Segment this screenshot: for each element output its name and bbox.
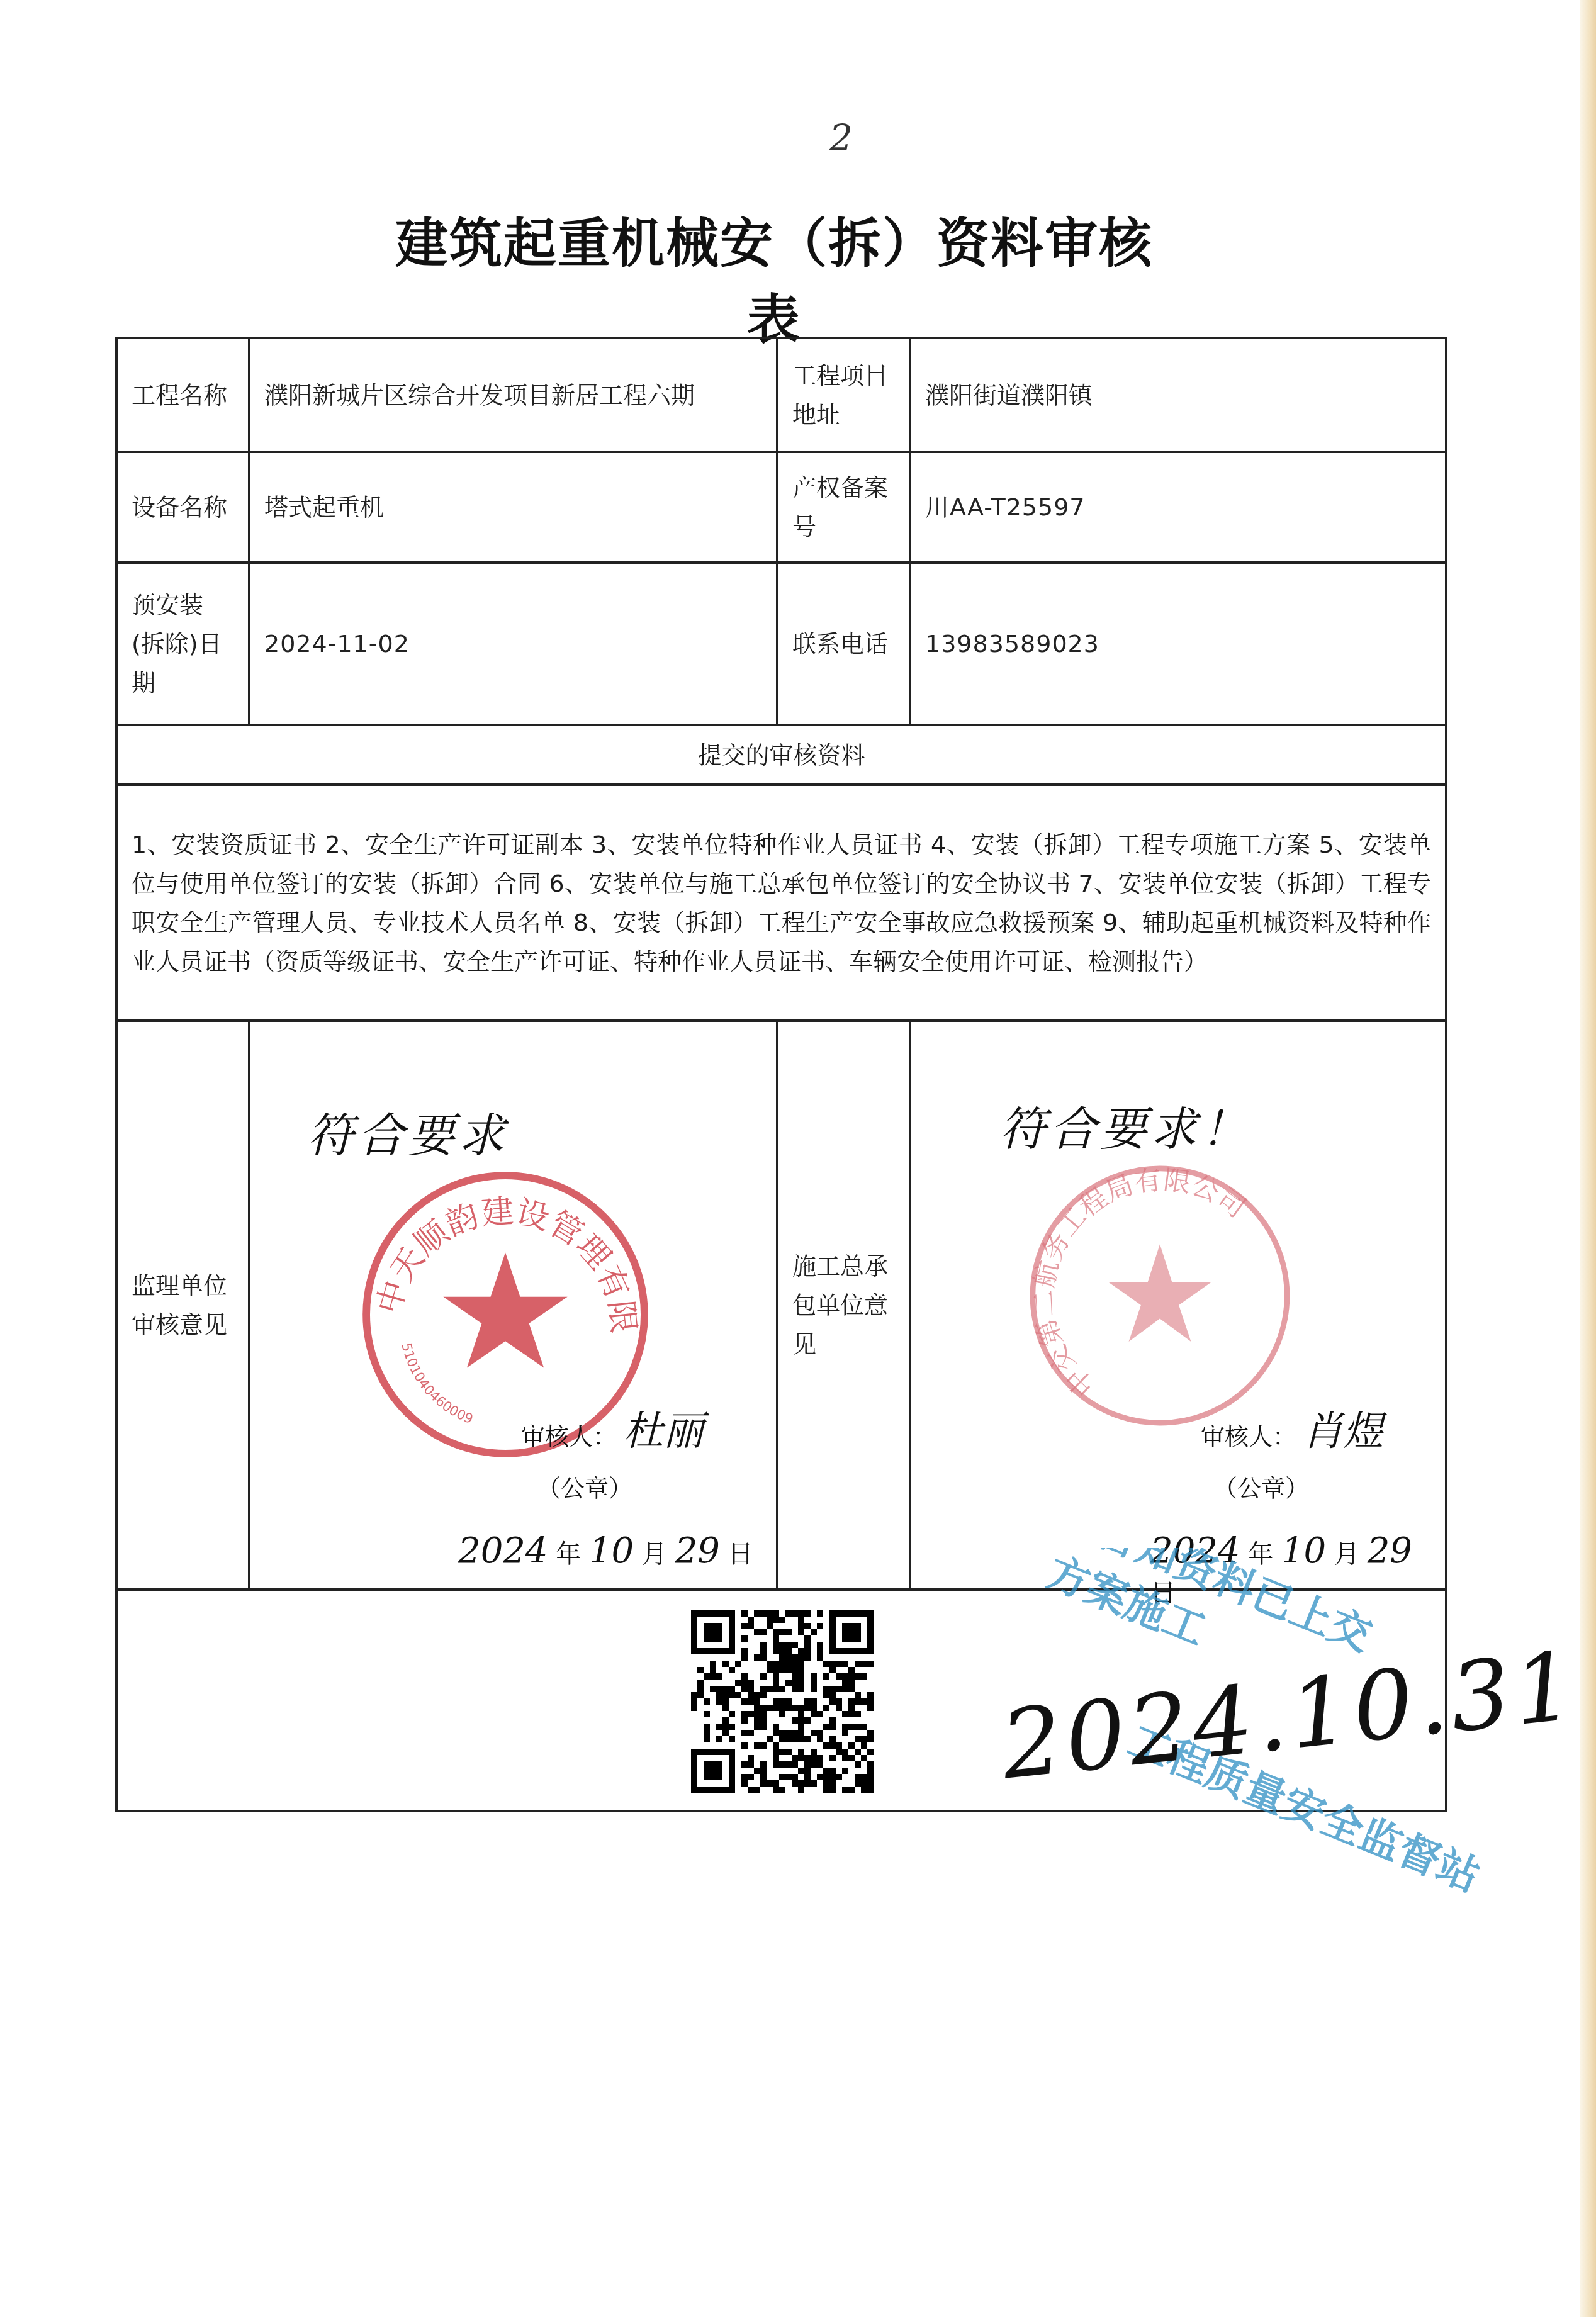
contractor-date-day-unit: 日: [1150, 1579, 1176, 1608]
label-planned-date: 预安装(拆除)日期: [116, 563, 249, 725]
row-materials: 1、安装资质证书 2、安全生产许可证副本 3、安装单位特种作业人员证书 4、安装…: [116, 785, 1446, 1021]
row-materials-header: 提交的审核资料: [116, 725, 1446, 785]
qr-code[interactable]: [691, 1607, 874, 1797]
supervisor-date-month-unit: 月: [642, 1540, 667, 1569]
supervisor-reviewer-label: 审核人：: [521, 1423, 617, 1450]
contractor-date-year: 2024: [1150, 1530, 1240, 1571]
page-edge-strip: [1580, 0, 1596, 2317]
contractor-date-day: 29: [1368, 1530, 1412, 1571]
value-planned-date: 2024-11-02: [249, 563, 777, 725]
label-equipment-name: 设备名称: [116, 452, 249, 563]
value-property-record-no: 川AA-T25597: [910, 452, 1446, 563]
value-project-name: 濮阳新城片区综合开发项目新居工程六期: [249, 338, 777, 452]
contractor-reviewer-label: 审核人：: [1201, 1423, 1296, 1450]
supervisor-date: 2024 年 10 月 29 日: [458, 1532, 753, 1574]
row-reviews: 监理单位审核意见 中天顺韵建设管理有限公司 5101040460009 符合要求…: [116, 1021, 1446, 1590]
supervisor-date-year: 2024: [458, 1530, 548, 1571]
supervisor-opinion-handwritten: 符合要求: [307, 1116, 509, 1155]
document-title: 建筑起重机械安（拆）资料审核表: [390, 201, 1158, 354]
contractor-reviewer-signature: 肖煜: [1303, 1408, 1383, 1455]
supervisor-reviewer: 审核人：杜丽: [521, 1412, 704, 1456]
contractor-red-seal: 中交第二航务工程局有限公司: [1025, 1160, 1295, 1431]
contractor-date: 2024 年 10 月 29 日: [1150, 1532, 1445, 1613]
contractor-date-month: 10: [1281, 1530, 1326, 1571]
supervisor-seal-note: （公章）: [537, 1469, 632, 1508]
label-property-record-no: 产权备案号: [777, 452, 910, 563]
contractor-reviewer: 审核人：肖煜: [1201, 1412, 1383, 1456]
label-project-name: 工程名称: [116, 338, 249, 452]
value-equipment-name: 塔式起重机: [249, 452, 777, 563]
contractor-opinion-handwritten: 符合要求！: [999, 1110, 1251, 1149]
contractor-seal-note: （公章）: [1213, 1469, 1309, 1508]
label-contractor-review: 施工总承包单位意见: [777, 1021, 910, 1590]
label-supervisor-review: 监理单位审核意见: [116, 1021, 249, 1590]
supervisor-date-month: 10: [589, 1530, 634, 1571]
value-contact-phone: 13983589023: [910, 563, 1446, 725]
value-project-address: 濮阳街道濮阳镇: [910, 338, 1446, 452]
materials-list: 1、安装资质证书 2、安全生产许可证副本 3、安装单位特种作业人员证书 4、安装…: [116, 785, 1446, 1021]
row-project: 工程名称 濮阳新城片区综合开发项目新居工程六期 工程项目地址 濮阳街道濮阳镇: [116, 338, 1446, 452]
supervisor-reviewer-signature: 杜丽: [623, 1408, 704, 1455]
row-equipment: 设备名称 塔式起重机 产权备案号 川AA-T25597: [116, 452, 1446, 563]
contractor-date-year-unit: 年: [1248, 1540, 1273, 1569]
supervisor-date-year-unit: 年: [556, 1540, 581, 1569]
supervisor-date-day-unit: 日: [728, 1540, 753, 1569]
supervisor-review-cell: 中天顺韵建设管理有限公司 5101040460009 符合要求 审核人：杜丽 （…: [249, 1021, 777, 1590]
row-date: 预安装(拆除)日期 2024-11-02 联系电话 13983589023: [116, 563, 1446, 725]
materials-header: 提交的审核资料: [116, 725, 1446, 785]
contractor-date-month-unit: 月: [1334, 1540, 1359, 1569]
contractor-review-cell: 中交第二航务工程局有限公司 符合要求！ 审核人：肖煜 （公章） 2024 年 1…: [910, 1021, 1446, 1590]
supervisor-date-day: 29: [675, 1530, 720, 1571]
label-contact-phone: 联系电话: [777, 563, 910, 725]
review-form-table: 工程名称 濮阳新城片区综合开发项目新居工程六期 工程项目地址 濮阳街道濮阳镇 设…: [115, 337, 1447, 1812]
label-project-address: 工程项目地址: [777, 338, 910, 452]
page-number: 2: [829, 116, 853, 159]
